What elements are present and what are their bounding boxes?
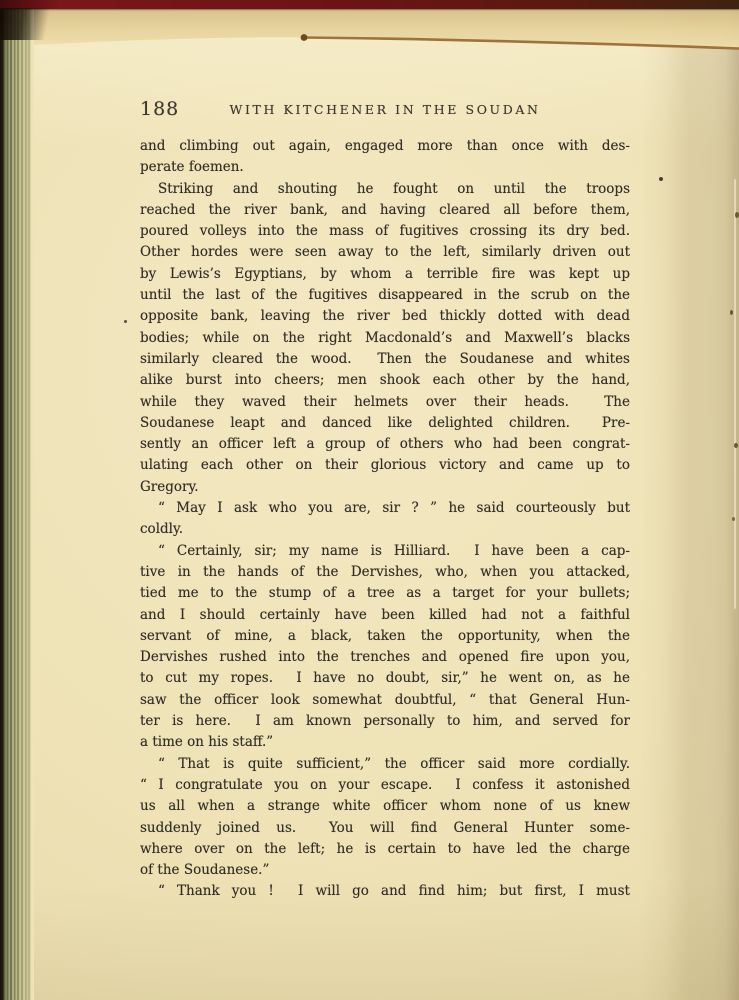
text-line: “ Thank you ! I will go and find him; bu… (140, 881, 630, 902)
text-line: ter is here. I am known personally to hi… (140, 711, 630, 732)
book-page-edges (0, 0, 34, 1000)
page-text: and climbing out again, engaged more tha… (140, 136, 630, 903)
text-line: “ That is quite sufficient,” the officer… (140, 754, 630, 775)
text-line: alike burst into cheers; men shook each … (140, 370, 630, 391)
scanned-book-page: 188 WITH KITCHENER IN THE SOUDAN and cli… (0, 0, 739, 1000)
text-line: of the Soudanese.” (140, 860, 630, 881)
scan-speck (730, 310, 733, 315)
text-line: perate foemen. (140, 157, 630, 178)
spine-shadow (0, 8, 64, 40)
text-line: us all when a strange white officer whom… (140, 796, 630, 817)
text-line: “ May I ask who you are, sir ? ” he said… (140, 498, 630, 519)
pin-dot (301, 34, 308, 41)
text-line: a time on his staff.” (140, 732, 630, 753)
text-line: Gregory. (140, 477, 630, 498)
text-line: saw the officer look somewhat doubtful, … (140, 690, 630, 711)
scan-speck (124, 320, 127, 323)
book-cover-edge (0, 0, 739, 9)
text-line: Soudanese leapt and danced like delighte… (140, 413, 630, 434)
text-line: tied me to the stump of a tree as a targ… (140, 583, 630, 604)
text-line: Striking and shouting he fought on until… (140, 179, 630, 200)
text-line: until the last of the fugitives disappea… (140, 285, 630, 306)
scan-speck (732, 517, 735, 521)
text-line: “ I congratulate you on your escape. I c… (140, 775, 630, 796)
page-header: 188 WITH KITCHENER IN THE SOUDAN (140, 98, 630, 120)
text-line: bodies; while on the right Macdonald’s a… (140, 328, 630, 349)
scan-speck (659, 177, 663, 181)
text-line: suddenly joined us. You will find Genera… (140, 818, 630, 839)
scan-speck (734, 443, 738, 448)
text-line: poured volleys into the mass of fugitive… (140, 221, 630, 242)
text-line: by Lewis’s Egyptians, by whom a terrible… (140, 264, 630, 285)
text-line: Other hordes were seen away to the left,… (140, 242, 630, 263)
book-page: 188 WITH KITCHENER IN THE SOUDAN and cli… (34, 9, 739, 1000)
text-line: similarly cleared the wood. Then the Sou… (140, 349, 630, 370)
text-line: servant of mine, a black, taken the oppo… (140, 626, 630, 647)
text-line: and climbing out again, engaged more tha… (140, 136, 630, 157)
text-line: coldly. (140, 519, 630, 540)
running-title: WITH KITCHENER IN THE SOUDAN (140, 102, 630, 117)
text-line: opposite bank, leaving the river bed thi… (140, 306, 630, 327)
text-line: to cut my ropes. I have no doubt, sir,” … (140, 668, 630, 689)
text-line: ulating each other on their glorious vic… (140, 455, 630, 476)
scan-speck (735, 212, 739, 218)
page-curl-decoration (34, 9, 739, 71)
text-line: and I should certainly have been killed … (140, 605, 630, 626)
text-line: where over on the left; he is certain to… (140, 839, 630, 860)
text-line: tive in the hands of the Dervishes, who,… (140, 562, 630, 583)
text-line: sently an officer left a group of others… (140, 434, 630, 455)
text-line: “ Certainly, sir; my name is Hilliard. I… (140, 541, 630, 562)
page-fore-edge-highlight (734, 179, 736, 609)
text-line: while they waved their helmets over thei… (140, 392, 630, 413)
text-line: Dervishes rushed into the trenches and o… (140, 647, 630, 668)
text-line: reached the river bank, and having clear… (140, 200, 630, 221)
